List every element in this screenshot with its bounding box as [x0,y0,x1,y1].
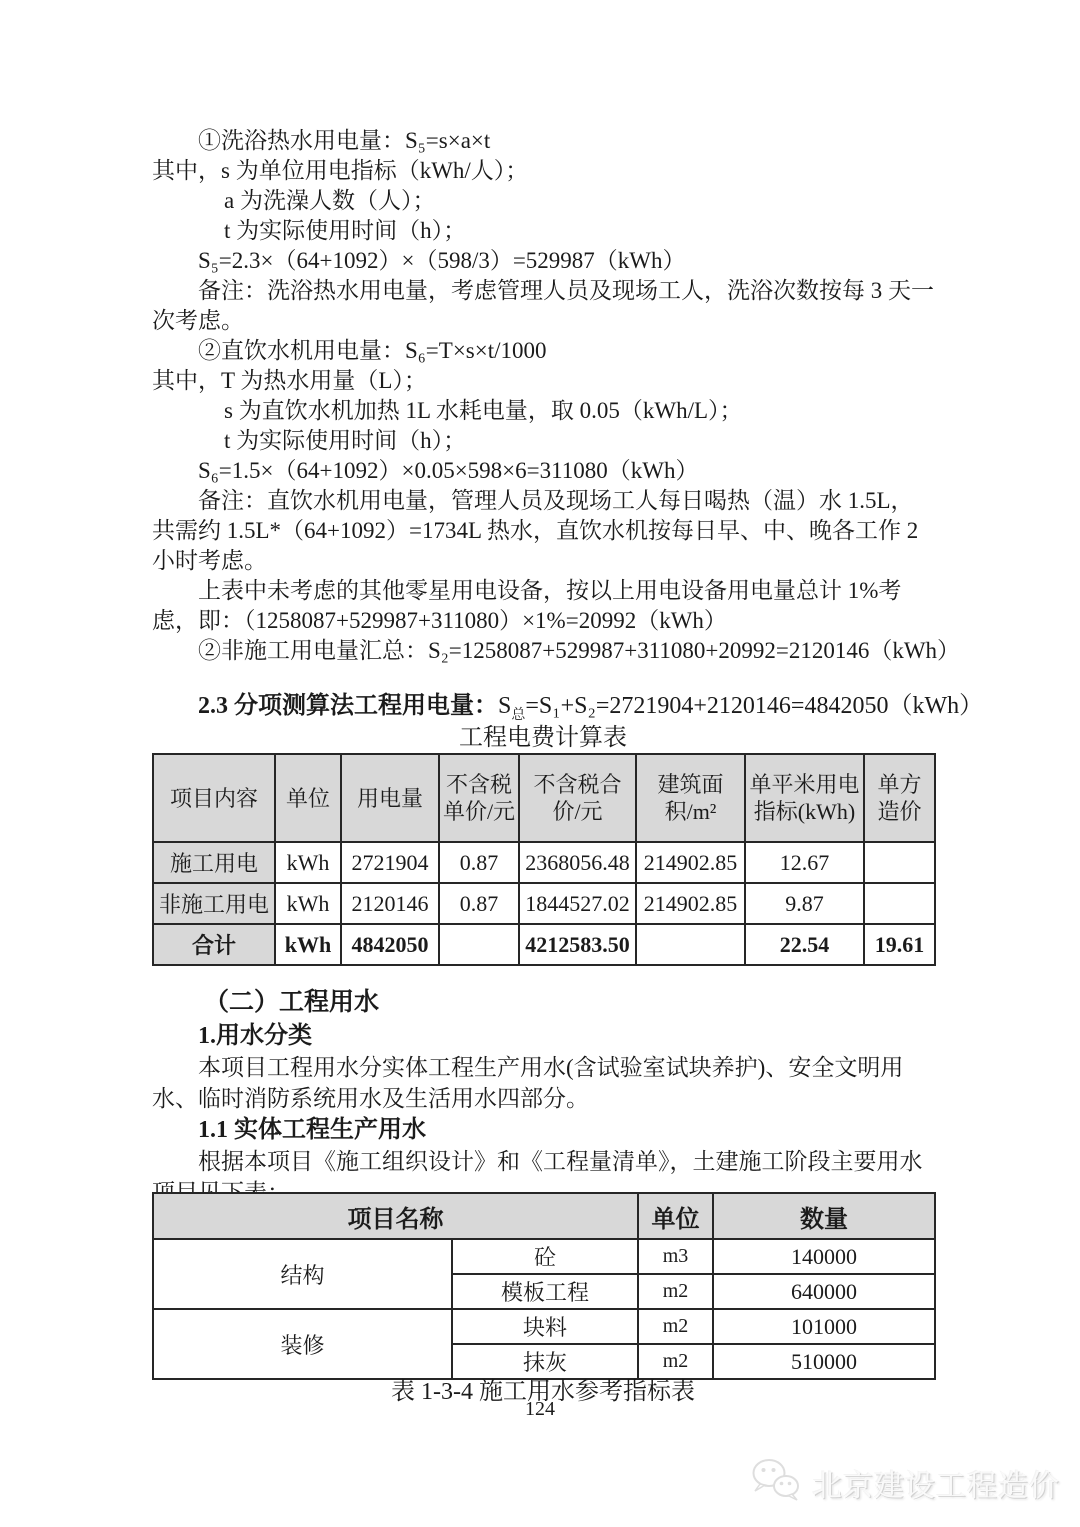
table-cell: 640000 [713,1274,935,1309]
body-line: ①洗浴热水用电量：S₅=s×a×t [152,126,934,156]
column-header: 单平米用电指标(kWh) [745,754,864,842]
table-cell: 140000 [713,1239,935,1274]
table-cell: 2368056.48 [519,842,636,883]
table-cell: m2 [638,1309,713,1344]
row-header-cell: 施工用电 [153,842,275,883]
body-line: 其中，T 为热水用量（L）； [152,366,934,396]
note-paragraph: 备注：直饮水机用电量，管理人员及现场工人每日喝热（温）水 1.5L，共需约 1.… [152,486,934,576]
section-heading-water: （二）工程用水 [152,986,934,1020]
heading-label: 2.3 分项测算法工程用电量： [198,693,498,719]
body-paragraph: 上表中未考虑的其他零星用电设备，按以上用电设备用电量总计 1%考虑，即：（125… [152,576,934,636]
electricity-table-caption: 工程电费计算表 [152,724,934,752]
table-cell: 抹灰 [452,1344,638,1379]
column-header: 项目名称 [153,1193,638,1239]
table-cell: 砼 [452,1239,638,1274]
table-cell: 4212583.50 [519,924,636,965]
table-cell: 0.87 [439,883,519,924]
column-header: 不含税单价/元 [439,754,519,842]
body-paragraph: 本项目工程用水分实体工程生产用水(含试验室试块养护)、安全文明用水、临时消防系统… [152,1052,934,1114]
body-line: ②非施工用电量汇总：S₂=1258087+529987+311080+20992… [152,636,934,666]
column-header: 用电量 [341,754,439,842]
table-row: 装修 块料 m2 101000 [153,1309,935,1344]
column-header: 单位 [638,1193,713,1239]
table-cell [864,842,935,883]
table-cell: 214902.85 [636,883,745,924]
table-cell [864,883,935,924]
formula-subscript: 总 [511,708,525,723]
group-header-cell: 结构 [153,1239,452,1309]
table-cell: kWh [275,924,341,965]
page-number: 124 [0,1398,1080,1421]
column-header: 单方造价 [864,754,935,842]
water-usage-section: （二）工程用水 1.用水分类 本项目工程用水分实体工程生产用水(含试验室试块养护… [152,986,934,1208]
body-line: S₅=2.3×（64+1092）×（598/3）=529987（kWh） [152,246,934,276]
table-header-row: 项目内容 单位 用电量 不含税单价/元 不含税合价/元 建筑面积/m² 单平米用… [153,754,935,842]
table-cell: 2120146 [341,883,439,924]
table-cell: 模板工程 [452,1274,638,1309]
body-line: a 为洗澡人数（人）； [152,186,934,216]
body-line: s 为直饮水机加热 1L 水耗电量，取 0.05（kWh/L）； [152,396,934,426]
document-page: ①洗浴热水用电量：S₅=s×a×t 其中，s 为单位用电指标（kWh/人）； a… [0,0,1080,1527]
formula-symbol: S [498,693,511,719]
table-cell: m3 [638,1239,713,1274]
body-line: ②直饮水机用电量：S₆=T×s×t/1000 [152,336,934,366]
column-header: 不含税合价/元 [519,754,636,842]
table-row: 施工用电 kWh 2721904 0.87 2368056.48 214902.… [153,842,935,883]
watermark-text: 北京建设工程造价 [812,1461,1060,1505]
table-cell: m2 [638,1274,713,1309]
table-cell [636,924,745,965]
table-cell: 12.67 [745,842,864,883]
table-cell: 101000 [713,1309,935,1344]
table-row: 非施工用电 kWh 2120146 0.87 1844527.02 214902… [153,883,935,924]
table-cell: 4842050 [341,924,439,965]
table-total-row: 合计 kWh 4842050 4212583.50 22.54 19.61 [153,924,935,965]
table-cell: 1844527.02 [519,883,636,924]
row-header-cell: 非施工用电 [153,883,275,924]
column-header: 建筑面积/m² [636,754,745,842]
table-cell: kWh [275,842,341,883]
table-cell [439,924,519,965]
table-row: 结构 砼 m3 140000 [153,1239,935,1274]
group-header-cell: 装修 [153,1309,452,1379]
note-paragraph: 备注：洗浴热水用电量，考虑管理人员及现场工人，洗浴次数按每 3 天一次考虑。 [152,276,934,336]
table-cell: 2721904 [341,842,439,883]
subsection-heading-production-water: 1.1 实体工程生产用水 [152,1114,934,1146]
watermark: 北京建设工程造价 [748,1456,1060,1509]
column-header: 单位 [275,754,341,842]
formula-rest: =S₁+S₂=2721904+2120146=4842050（kWh） [525,693,983,719]
table-cell: 510000 [713,1344,935,1379]
body-line: 其中，s 为单位用电指标（kWh/人）； [152,156,934,186]
electricity-calc-text: ①洗浴热水用电量：S₅=s×a×t 其中，s 为单位用电指标（kWh/人）； a… [152,126,934,666]
body-line: S₆=1.5×（64+1092）×0.05×598×6=311080（kWh） [152,456,934,486]
column-header: 项目内容 [153,754,275,842]
table-cell: 19.61 [864,924,935,965]
table-cell: 块料 [452,1309,638,1344]
table-cell: 214902.85 [636,842,745,883]
table-cell: 9.87 [745,883,864,924]
table-cell: m2 [638,1344,713,1379]
row-header-cell: 合计 [153,924,275,965]
table-cell: 0.87 [439,842,519,883]
electricity-cost-table: 项目内容 单位 用电量 不含税单价/元 不含税合价/元 建筑面积/m² 单平米用… [152,753,936,966]
wechat-icon [748,1456,804,1509]
table-header-row: 项目名称 单位 数量 [153,1193,935,1239]
water-usage-table: 项目名称 单位 数量 结构 砼 m3 140000 模板工程 m2 640000… [152,1192,936,1380]
table-cell: kWh [275,883,341,924]
body-line: t 为实际使用时间（h）； [152,426,934,456]
column-header: 数量 [713,1193,935,1239]
subsection-heading-classification: 1.用水分类 [152,1020,934,1052]
body-line: t 为实际使用时间（h）； [152,216,934,246]
table-cell: 22.54 [745,924,864,965]
